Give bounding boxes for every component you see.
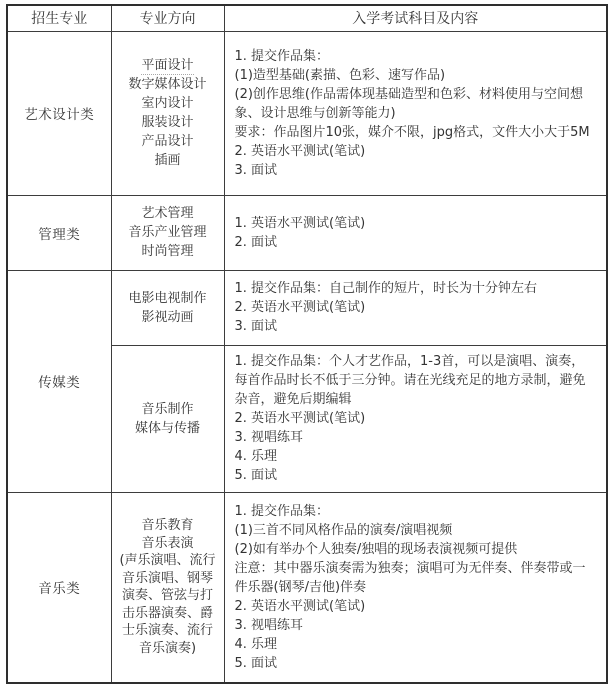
direction-item: 平面设计 — [117, 56, 219, 75]
direction-item: 音乐教育 — [117, 517, 219, 535]
exam-line: 2. 英语水平测试(笔试) — [235, 409, 597, 428]
exam-line: (2)如有举办个人独奏/独唱的现场表演视频可提供 — [235, 540, 597, 559]
direction-item: 室内设计 — [117, 94, 219, 113]
exam-line: 4. 乐理 — [235, 635, 597, 654]
exam-cell-music-production: 1. 提交作品集：个人才艺作品，1-3首，可以是演唱、演奏，每首作品时长不低于三… — [224, 345, 607, 492]
row-art-design: 艺术设计类 平面设计 数字媒体设计 室内设计 服装设计 产品设计 插画 1. 提… — [7, 31, 607, 195]
row-music: 音乐类 音乐教育 音乐表演 (声乐演唱、流行音乐演唱、钢琴演奏、管弦与打击乐器演… — [7, 492, 607, 683]
admissions-table: 招生专业 专业方向 入学考试科目及内容 艺术设计类 平面设计 数字媒体设计 室内… — [6, 4, 608, 684]
direction-item: 电影电视制作 — [117, 289, 219, 308]
exam-line: (2)创作思维(作品需体现基础造型和色彩、材料使用与空间想象、设计思维与创新等能… — [235, 85, 597, 123]
exam-cell-film: 1. 提交作品集：自己制作的短片，时长为十分钟左右 2. 英语水平测试(笔试) … — [224, 270, 607, 345]
exam-line: 1. 提交作品集：个人才艺作品，1-3首，可以是演唱、演奏，每首作品时长不低于三… — [235, 352, 597, 409]
header-row: 招生专业 专业方向 入学考试科目及内容 — [7, 5, 607, 31]
exam-cell-management: 1. 英语水平测试(笔试) 2. 面试 — [224, 195, 607, 270]
exam-line: 5. 面试 — [235, 466, 597, 485]
exam-line: (1)造型基础(素描、色彩、速写作品) — [235, 66, 597, 85]
major-cell-music: 音乐类 — [7, 492, 111, 683]
row-media-film: 传媒类 电影电视制作 影视动画 1. 提交作品集：自己制作的短片，时长为十分钟左… — [7, 270, 607, 345]
header-cell-major: 招生专业 — [7, 5, 111, 31]
exam-cell-art-design: 1. 提交作品集： (1)造型基础(素描、色彩、速写作品) (2)创作思维(作品… — [224, 31, 607, 195]
direction-item: 产品设计 — [117, 132, 219, 151]
exam-line: 2. 英语水平测试(笔试) — [235, 298, 597, 317]
exam-line: 3. 视唱练耳 — [235, 428, 597, 447]
major-cell-management: 管理类 — [7, 195, 111, 270]
directions-cell-management: 艺术管理 音乐产业管理 时尚管理 — [111, 195, 224, 270]
direction-item: 服装设计 — [117, 113, 219, 132]
exam-line: 要求：作品图片10张，媒介不限，jpg格式，文件大小大于5M — [235, 123, 597, 142]
direction-item: (声乐演唱、流行音乐演唱、钢琴演奏、管弦与打击乐器演奏、爵士乐演奏、流行音乐演奏… — [117, 552, 219, 657]
direction-item: 媒体与传播 — [117, 419, 219, 438]
exam-line: 1. 英语水平测试(笔试) — [235, 214, 597, 233]
direction-item: 影视动画 — [117, 308, 219, 327]
major-cell-art-design: 艺术设计类 — [7, 31, 111, 195]
exam-line: 3. 面试 — [235, 161, 597, 180]
directions-cell-music: 音乐教育 音乐表演 (声乐演唱、流行音乐演唱、钢琴演奏、管弦与打击乐器演奏、爵士… — [111, 492, 224, 683]
direction-item: 音乐产业管理 — [117, 223, 219, 242]
direction-item: 音乐制作 — [117, 400, 219, 419]
exam-line: 1. 提交作品集：自己制作的短片，时长为十分钟左右 — [235, 279, 597, 298]
header-cell-exam: 入学考试科目及内容 — [224, 5, 607, 31]
exam-line: 1. 提交作品集： — [235, 47, 597, 66]
exam-line: 4. 乐理 — [235, 447, 597, 466]
exam-line: 1. 提交作品集： — [235, 502, 597, 521]
direction-item: 艺术管理 — [117, 204, 219, 223]
header-cell-direction: 专业方向 — [111, 5, 224, 31]
direction-item: 时尚管理 — [117, 242, 219, 261]
directions-cell-art-design: 平面设计 数字媒体设计 室内设计 服装设计 产品设计 插画 — [111, 31, 224, 195]
exam-line: 2. 英语水平测试(笔试) — [235, 142, 597, 161]
directions-cell-film: 电影电视制作 影视动画 — [111, 270, 224, 345]
exam-line: 2. 英语水平测试(笔试) — [235, 597, 597, 616]
direction-item: 插画 — [117, 151, 219, 170]
page: 招生专业 专业方向 入学考试科目及内容 艺术设计类 平面设计 数字媒体设计 室内… — [0, 0, 613, 688]
row-management: 管理类 艺术管理 音乐产业管理 时尚管理 1. 英语水平测试(笔试) 2. 面试 — [7, 195, 607, 270]
exam-cell-music: 1. 提交作品集： (1)三首不同风格作品的演奏/演唱视频 (2)如有举办个人独… — [224, 492, 607, 683]
major-cell-media: 传媒类 — [7, 270, 111, 492]
exam-line: 注意：其中器乐演奏需为独奏；演唱可为无伴奏、伴奏带或一件乐器(钢琴/吉他)伴奏 — [235, 559, 597, 597]
direction-item: 音乐表演 — [117, 535, 219, 553]
exam-line: (1)三首不同风格作品的演奏/演唱视频 — [235, 521, 597, 540]
exam-line: 3. 视唱练耳 — [235, 616, 597, 635]
directions-cell-music-production: 音乐制作 媒体与传播 — [111, 345, 224, 492]
direction-item: 数字媒体设计 — [117, 75, 219, 94]
exam-line: 5. 面试 — [235, 654, 597, 673]
direction-text-underlined: 平面设计 — [141, 58, 193, 75]
exam-line: 2. 面试 — [235, 233, 597, 252]
exam-line: 3. 面试 — [235, 317, 597, 336]
